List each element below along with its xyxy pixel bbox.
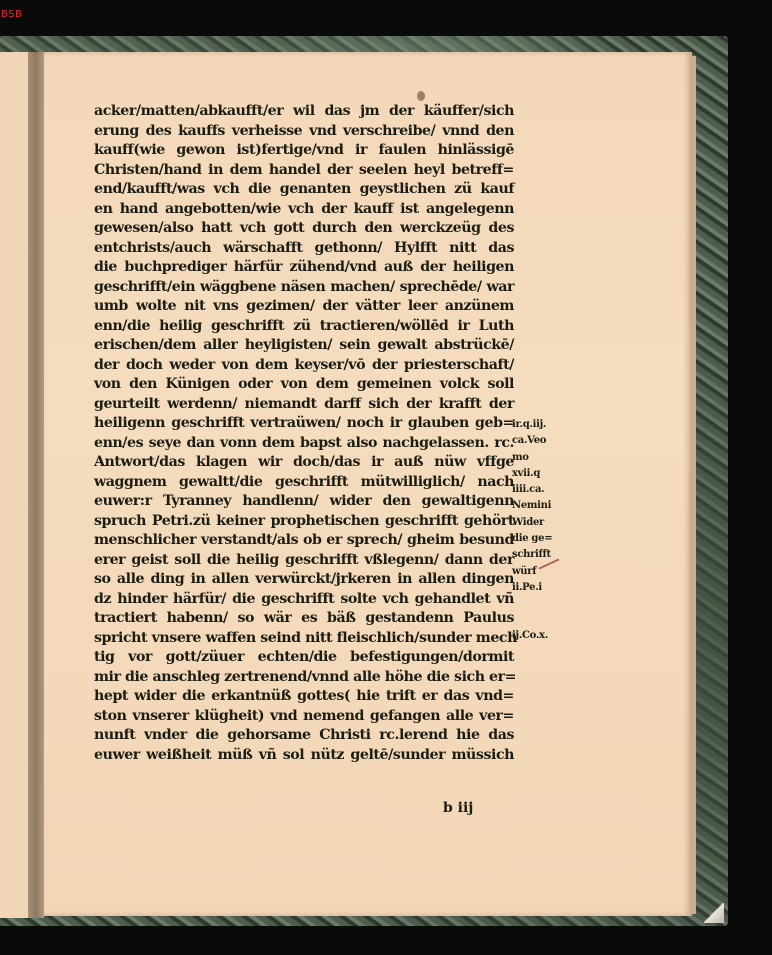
text-line: euwer weißheit müß vñ sol nütz geltē/sun…: [94, 746, 514, 766]
text-line: en hand angebotten/wie vch der kauff ist…: [94, 200, 514, 220]
book-gutter: [28, 52, 44, 918]
text-line: der doch weder von dem keyser/vō der pri…: [94, 356, 514, 376]
signature-mark: b iij: [443, 800, 473, 816]
margin-note: die ge=: [512, 531, 582, 547]
text-line: geurteilt werdenn/ niemandt darff sich d…: [94, 395, 514, 415]
text-line: Antwort/das klagen wir doch/das ir auß n…: [94, 453, 514, 473]
margin-note: ii.Pe.i: [512, 580, 582, 596]
text-line: euwer:r Tyranney handlenn/ wider den gew…: [94, 492, 514, 512]
margin-note: iiii.ca.: [512, 482, 582, 498]
cover-corner: [704, 903, 724, 923]
library-watermark: BSB: [1, 9, 22, 20]
margin-note: würf: [512, 564, 582, 580]
text-line: gewesen/also hatt vch gott durch den wer…: [94, 219, 514, 239]
page-edge-shadow: [690, 56, 696, 914]
text-line: end/kaufft/was vch die genanten geystlic…: [94, 180, 514, 200]
text-line: tractiert habenn/ so wär es bäß gestande…: [94, 609, 514, 629]
margin-note: Nemini: [512, 498, 582, 514]
text-line: mir die anschleg zertrenend/vnnd alle hö…: [94, 668, 514, 688]
text-line: erischen/dem aller heyligisten/ sein gew…: [94, 336, 514, 356]
text-line: spricht vnsere waffen seind nitt fleisch…: [94, 629, 514, 649]
margin-note: schrifft: [512, 547, 582, 563]
text-line: waggnem gewaltt/die geschrifft mütwillig…: [94, 473, 514, 493]
text-line: entchrists/auch wärschafft gethonn/ Hylf…: [94, 239, 514, 259]
ink-stain: [417, 91, 425, 101]
margin-note: ca.Veo: [512, 433, 582, 449]
text-line: kauff(wie gewon ist)fertige/vnd ir faule…: [94, 141, 514, 161]
text-line: ston vnserer klügheit) vnd nemend gefang…: [94, 707, 514, 727]
text-line: erer geist soll die heilig geschrifft vß…: [94, 551, 514, 571]
text-line: enn/die heilig geschrifft zü tractieren/…: [94, 317, 514, 337]
margin-note: Wider: [512, 515, 582, 531]
text-line: enn/es seye dan vonn dem bapst also nach…: [94, 434, 514, 454]
text-line: umb wolte nit vns gezimen/ der vätter le…: [94, 297, 514, 317]
text-line: acker/matten/abkaufft/er wil das jm der …: [94, 102, 514, 122]
text-line: hept wider die erkantnüß gottes( hie tri…: [94, 687, 514, 707]
text-line: so alle ding in allen verwürckt/jrkeren …: [94, 570, 514, 590]
text-line: heiligenn geschrifft vertraüwen/ noch ir…: [94, 414, 514, 434]
text-line: geschrifft/ein wäggbene näsen machen/ sp…: [94, 278, 514, 298]
text-line: tig vor gott/züuer echten/die befestigun…: [94, 648, 514, 668]
margin-note: xvii.q: [512, 466, 582, 482]
text-line: nunft vnder die gehorsame Christi rc.ler…: [94, 726, 514, 746]
text-line: Christen/hand in dem handel der seelen h…: [94, 161, 514, 181]
text-line: erung des kauffs verheisse vnd verschrei…: [94, 122, 514, 142]
facing-page-edge: [0, 52, 28, 918]
text-line: die buchprediger härfür zühend/vnd auß d…: [94, 258, 514, 278]
margin-note: ij.Co.x.: [512, 628, 582, 644]
text-line: spruch Petri.zü keiner prophetischen ges…: [94, 512, 514, 532]
margin-notes: ir.q.iij. ca.Veo mo xvii.q iiii.ca. Nemi…: [512, 417, 582, 645]
margin-note: ir.q.iij.: [512, 417, 582, 433]
text-line: von den Künigen oder von dem gemeinen vo…: [94, 375, 514, 395]
text-line: dz hinder härfür/ die geschrifft solte v…: [94, 590, 514, 610]
margin-note: mo: [512, 450, 582, 466]
main-text-block: acker/matten/abkaufft/er wil das jm der …: [94, 102, 514, 765]
text-line: menschlicher verstandt/als ob er sprech/…: [94, 531, 514, 551]
